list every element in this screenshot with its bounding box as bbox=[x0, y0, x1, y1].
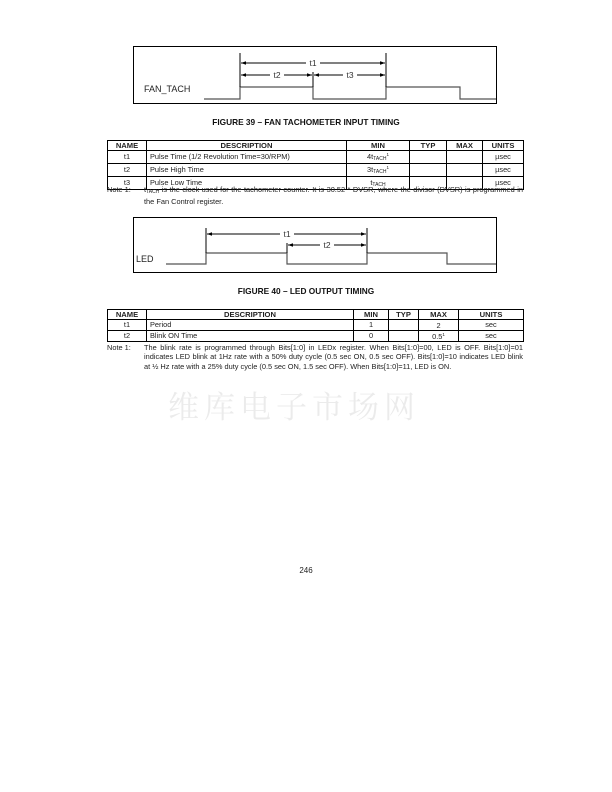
header-name: NAME bbox=[108, 310, 147, 320]
cell-name: t1 bbox=[108, 320, 147, 331]
cell-min: 4tTACH1 bbox=[347, 151, 410, 164]
table-row: t2 Pulse High Time 3tTACH1 µsec bbox=[108, 164, 524, 177]
table-row: t1 Pulse Time (1/2 Revolution Time=30/RP… bbox=[108, 151, 524, 164]
signal-label-fan-tach: FAN_TACH bbox=[144, 84, 190, 94]
figure-40-title: FIGURE 40 – LED OUTPUT TIMING bbox=[0, 286, 612, 296]
cell-min: 0 bbox=[354, 331, 389, 342]
cell-units: sec bbox=[459, 331, 524, 342]
signal-label-led: LED bbox=[136, 254, 154, 264]
fan-tach-waveform: t1 t2 t3 bbox=[134, 47, 498, 105]
marker-t2: t2 bbox=[323, 240, 330, 250]
header-min: MIN bbox=[347, 141, 410, 151]
note-text: tTACH is the clock used for the tachomet… bbox=[144, 185, 523, 207]
page-number: 246 bbox=[0, 566, 612, 575]
header-max: MAX bbox=[447, 141, 483, 151]
header-units: UNITS bbox=[459, 310, 524, 320]
header-name: NAME bbox=[108, 141, 147, 151]
note-text: The blink rate is programmed through Bit… bbox=[144, 343, 523, 371]
cell-max: 2 bbox=[419, 320, 459, 331]
cell-typ bbox=[389, 331, 419, 342]
cell-max bbox=[447, 151, 483, 164]
table-header-row: NAME DESCRIPTION MIN TYP MAX UNITS bbox=[108, 141, 524, 151]
fan-tach-timing-diagram: t1 t2 t3 FAN_TACH bbox=[133, 46, 497, 104]
marker-t1: t1 bbox=[283, 229, 290, 239]
cell-max bbox=[447, 164, 483, 177]
table-header-row: NAME DESCRIPTION MIN TYP MAX UNITS bbox=[108, 310, 524, 320]
led-waveform: t1 t2 bbox=[134, 218, 498, 274]
table-row: t1 Period 1 2 sec bbox=[108, 320, 524, 331]
header-min: MIN bbox=[354, 310, 389, 320]
watermark: 维库电子市场网 bbox=[168, 382, 420, 427]
cell-typ bbox=[410, 151, 447, 164]
note-label: Note 1: bbox=[107, 185, 131, 194]
cell-min: 3tTACH1 bbox=[347, 164, 410, 177]
header-units: UNITS bbox=[483, 141, 524, 151]
figure-39-title: FIGURE 39 – FAN TACHOMETER INPUT TIMING bbox=[0, 117, 612, 127]
fan-tach-timing-table: NAME DESCRIPTION MIN TYP MAX UNITS t1 Pu… bbox=[107, 140, 524, 190]
cell-typ bbox=[410, 164, 447, 177]
note-label: Note 1: bbox=[107, 343, 131, 352]
header-description: DESCRIPTION bbox=[147, 310, 354, 320]
header-description: DESCRIPTION bbox=[147, 141, 347, 151]
table-row: t2 Blink ON Time 0 0.51 sec bbox=[108, 331, 524, 342]
header-typ: TYP bbox=[410, 141, 447, 151]
cell-description: Pulse Time (1/2 Revolution Time=30/RPM) bbox=[147, 151, 347, 164]
figure-39-note: Note 1: tTACH is the clock used for the … bbox=[107, 185, 523, 205]
led-timing-diagram: t1 t2 LED bbox=[133, 217, 497, 273]
cell-description: Blink ON Time bbox=[147, 331, 354, 342]
marker-t3: t3 bbox=[346, 70, 353, 80]
cell-typ bbox=[389, 320, 419, 331]
cell-description: Period bbox=[147, 320, 354, 331]
cell-name: t2 bbox=[108, 331, 147, 342]
cell-min: 1 bbox=[354, 320, 389, 331]
cell-name: t2 bbox=[108, 164, 147, 177]
cell-units: µsec bbox=[483, 151, 524, 164]
cell-units: µsec bbox=[483, 164, 524, 177]
cell-name: t1 bbox=[108, 151, 147, 164]
cell-max: 0.51 bbox=[419, 331, 459, 342]
cell-units: sec bbox=[459, 320, 524, 331]
header-max: MAX bbox=[419, 310, 459, 320]
header-typ: TYP bbox=[389, 310, 419, 320]
figure-40-note: Note 1: The blink rate is programmed thr… bbox=[107, 343, 523, 383]
marker-t1: t1 bbox=[309, 58, 316, 68]
cell-description: Pulse High Time bbox=[147, 164, 347, 177]
marker-t2: t2 bbox=[273, 70, 280, 80]
led-timing-table: NAME DESCRIPTION MIN TYP MAX UNITS t1 Pe… bbox=[107, 309, 524, 342]
